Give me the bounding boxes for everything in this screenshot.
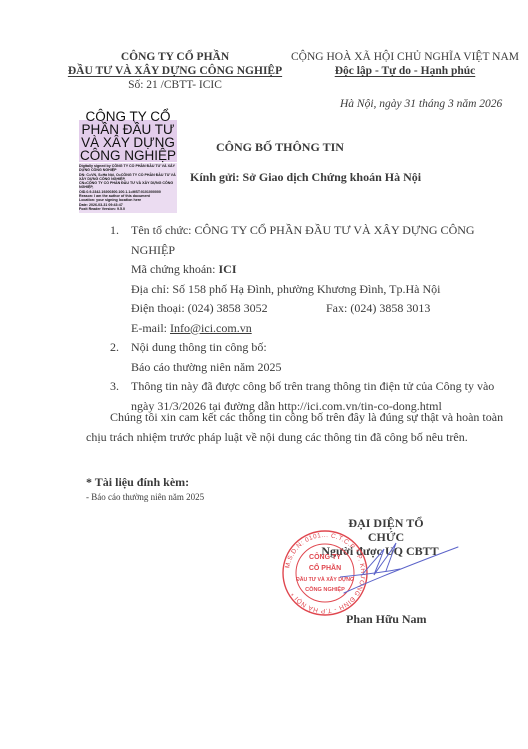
list-number: 1. [110, 221, 119, 241]
list-item-organization: 1. Tên tổ chức: CÔNG TY CỔ PHẦN ĐẦU TƯ V… [110, 221, 510, 338]
commitment-paragraph: Chúng tôi xin cam kết các thông tin công… [86, 408, 506, 447]
list-number: 2. [110, 338, 119, 358]
place-date: Hà Nội, ngày 31 tháng 3 năm 2026 [340, 98, 502, 110]
recipient: Kính gửi: Sở Giao dịch Chứng khoán Hà Nộ… [190, 170, 421, 185]
signature-detail-line: CN=CÔNG TY CỔ PHẦN ĐẦU TƯ VÀ XÂY DỰNG CÔ… [79, 181, 176, 190]
attachments: * Tài liệu đính kèm: - Báo cáo thường ni… [86, 475, 204, 503]
digital-signature-details: Digitally signed by CÔNG TY CỔ PHẦN ĐẦU … [79, 163, 177, 213]
signature-detail-line: Foxit Reader Version: 9.5.0 [79, 207, 176, 211]
list-item-content: 2. Nội dung thông tin công bố: Báo cáo t… [110, 338, 510, 377]
issuer-company-line2: ĐẦU TƯ VÀ XÂY DỰNG CÔNG NGHIỆP [60, 64, 290, 78]
disclosure-list: 1. Tên tổ chức: CÔNG TY CỔ PHẦN ĐẦU TƯ V… [110, 221, 510, 416]
content-label: Nội dung thông tin công bố: [131, 338, 510, 358]
contact-line: Điện thoại: (024) 3858 3052 Fax: (024) 3… [131, 299, 510, 319]
ticker-line: Mã chứng khoán: ICI [131, 260, 510, 280]
phone: Điện thoại: (024) 3858 3052 [131, 299, 326, 319]
nation-title: CỘNG HOÀ XÃ HỘI CHỦ NGHĨA VIỆT NAM [290, 50, 520, 64]
stamp-line: CÔNG TY [309, 552, 341, 561]
attachments-heading: * Tài liệu đính kèm: [86, 475, 204, 490]
ticker-value: ICI [219, 262, 237, 276]
digital-signature-title: CÔNG TY CỔ PHẦN ĐẦU TƯ VÀ XÂY DỰNG CÔNG … [79, 108, 177, 162]
organization-label: Tên tổ chức: [131, 223, 194, 237]
address-line: Địa chỉ: Số 158 phố Hạ Đình, phường Khươ… [131, 280, 510, 300]
digital-signature-box[interactable]: CÔNG TY CỔ PHẦN ĐẦU TƯ VÀ XÂY DỰNG CÔNG … [79, 108, 177, 213]
attachment-item: - Báo cáo thường niên năm 2025 [86, 491, 204, 503]
national-motto: Độc lập - Tự do - Hạnh phúc [290, 64, 520, 78]
ticker-label: Mã chứng khoán: [131, 262, 219, 276]
issuer-header: CÔNG TY CỔ PHẦN ĐẦU TƯ VÀ XÂY DỰNG CÔNG … [60, 50, 290, 92]
signature-detail-line: Digitally signed by CÔNG TY CỔ PHẦN ĐẦU … [79, 164, 176, 173]
stamp-line: CỔ PHẦN [309, 562, 341, 572]
national-header: CỘNG HOÀ XÃ HỘI CHỦ NGHĨA VIỆT NAM Độc l… [290, 50, 520, 78]
signer-name: Phan Hữu Nam [346, 612, 427, 627]
organization-name-line: Tên tổ chức: CÔNG TY CỔ PHẦN ĐẦU TƯ VÀ X… [131, 221, 510, 260]
email-link[interactable]: Info@ici.com.vn [170, 321, 252, 335]
email-label: E-mail: [131, 321, 170, 335]
document-title: CÔNG BỐ THÔNG TIN [190, 140, 446, 155]
signature-detail-line: DN: C=VN, S=Hà Nội, O=CÔNG TY CỔ PHẦN ĐẦ… [79, 173, 176, 182]
content-value: Báo cáo thường niên năm 2025 [131, 358, 510, 378]
email-line: E-mail: Info@ici.com.vn [131, 319, 510, 339]
fax: Fax: (024) 3858 3013 [326, 299, 430, 319]
handwritten-signature-icon [340, 535, 470, 595]
list-number: 3. [110, 377, 119, 397]
document-number: Số: 21 /CBTT- ICIC [60, 78, 290, 92]
issuer-company-line1: CÔNG TY CỔ PHẦN [60, 50, 290, 64]
